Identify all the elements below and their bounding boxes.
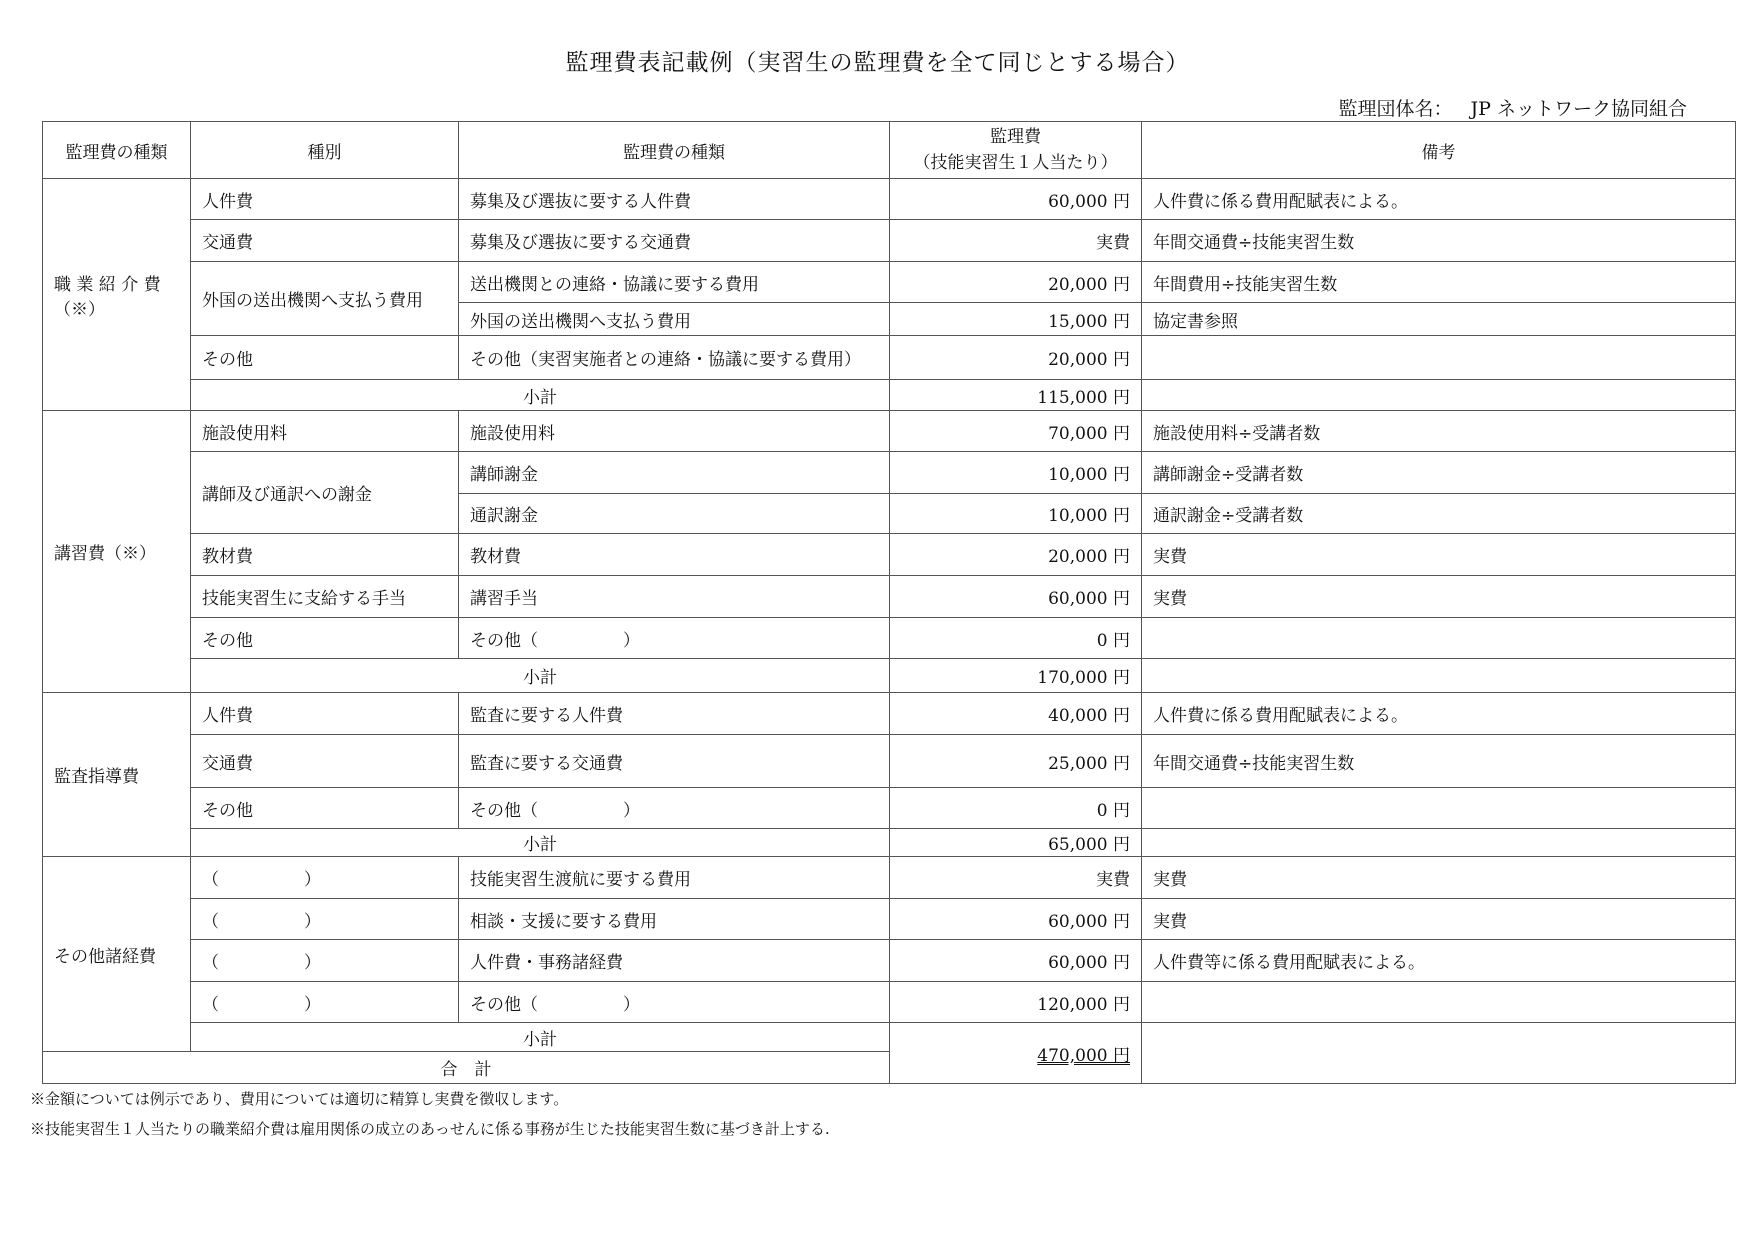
organization-line: 監理団体名：JP ネットワーク協同組合 [1339,94,1725,122]
remarks-cell [1142,618,1736,659]
item-cell: 人件費・事務諸経費 [459,940,890,982]
table-row: 講習費（※） 施設使用料 施設使用料 70,000 円 施設使用料÷受講者数 [43,411,1736,452]
header-amount-line2: （技能実習生１人当たり） [901,150,1130,176]
subtotal-label: 小計 [191,1023,890,1052]
table-header-row: 監理費の種類 種別 監理費の種類 監理費 （技能実習生１人当たり） 備考 [43,122,1736,179]
table-row: （ ） 相談・支援に要する費用 60,000 円 実費 [43,899,1736,940]
category-note-mark: （※） [54,295,179,320]
amount-cell: 実費 [890,220,1142,262]
grand-total-label: 合 計 [43,1052,890,1084]
category-training: 講習費（※） [43,411,191,693]
table-row: その他諸経費 （ ） 技能実習生渡航に要する費用 実費 実費 [43,857,1736,899]
amount-cell: 実費 [890,857,1142,899]
subtotal-amount: 65,000 円 [890,829,1142,857]
amount-cell: 60,000 円 [890,576,1142,618]
amount-cell: 40,000 円 [890,693,1142,735]
remarks-cell: 年間費用÷技能実習生数 [1142,262,1736,303]
subtotal-label: 小計 [191,659,890,693]
item-cell: 募集及び選抜に要する人件費 [459,179,890,220]
remarks-cell: 実費 [1142,534,1736,576]
subtype-cell: その他 [191,336,459,380]
subtype-cell: 人件費 [191,179,459,220]
remarks-cell [1142,380,1736,411]
organization-name: JP ネットワーク協同組合 [1453,94,1725,122]
remarks-cell: 年間交通費÷技能実習生数 [1142,220,1736,262]
amount-cell: 60,000 円 [890,940,1142,982]
item-cell: 講習手当 [459,576,890,618]
remarks-cell: 年間交通費÷技能実習生数 [1142,735,1736,788]
amount-cell: 0 円 [890,618,1142,659]
subtype-cell: 講師及び通訳への謝金 [191,452,459,534]
header-subtype: 種別 [191,122,459,179]
amount-cell: 0 円 [890,788,1142,829]
header-category: 監理費の種類 [43,122,191,179]
remarks-cell: 講師謝金÷受講者数 [1142,452,1736,494]
remarks-cell: 実費 [1142,899,1736,940]
table-row: 交通費 募集及び選抜に要する交通費 実費 年間交通費÷技能実習生数 [43,220,1736,262]
subtype-cell: その他 [191,788,459,829]
item-cell: 送出機関との連絡・協議に要する費用 [459,262,890,303]
table-row: 技能実習生に支給する手当 講習手当 60,000 円 実費 [43,576,1736,618]
subtotal-row: 小計 115,000 円 [43,380,1736,411]
subtype-cell: 人件費 [191,693,459,735]
footnote-2: ※技能実習生１人当たりの職業紹介費は雇用関係の成立のあっせんに係る事務が生じた技… [30,1118,830,1139]
category-job-placement: 職 業 紹 介 費 （※） [43,179,191,411]
subtype-cell: 施設使用料 [191,411,459,452]
amount-cell: 15,000 円 [890,303,1142,336]
subtotal-amount: 170,000 円 [890,659,1142,693]
amount-cell: 25,000 円 [890,735,1142,788]
item-cell: その他（ ） [459,618,890,659]
table-row: 講師及び通訳への謝金 講師謝金 10,000 円 講師謝金÷受講者数 [43,452,1736,494]
grand-total-value: 470,000 円 [1037,1046,1130,1066]
remarks-cell: 協定書参照 [1142,303,1736,336]
remarks-cell: 施設使用料÷受講者数 [1142,411,1736,452]
amount-cell: 70,000 円 [890,411,1142,452]
item-cell: その他（実習実施者との連絡・協議に要する費用） [459,336,890,380]
category-other-expenses: その他諸経費 [43,857,191,1052]
table-row: 交通費 監査に要する交通費 25,000 円 年間交通費÷技能実習生数 [43,735,1736,788]
subtype-cell: 外国の送出機関へ支払う費用 [191,262,459,336]
item-cell: その他（ ） [459,982,890,1023]
table-row: その他 その他（ ） 0 円 [43,788,1736,829]
table-row: （ ） その他（ ） 120,000 円 [43,982,1736,1023]
category-label: 職 業 紹 介 費 [54,270,179,295]
footnote-1: ※金額については例示であり、費用については適切に精算し実費を徴収します。 [30,1088,568,1109]
item-cell: 教材費 [459,534,890,576]
remarks-cell: 通訳謝金÷受講者数 [1142,494,1736,534]
subtotal-row: 小計 65,000 円 [43,829,1736,857]
remarks-cell: 実費 [1142,576,1736,618]
item-cell: 講師謝金 [459,452,890,494]
remarks-cell [1142,788,1736,829]
amount-cell: 60,000 円 [890,179,1142,220]
subtype-cell: 教材費 [191,534,459,576]
amount-cell: 10,000 円 [890,494,1142,534]
header-remarks: 備考 [1142,122,1736,179]
item-cell: 監査に要する交通費 [459,735,890,788]
organization-label: 監理団体名： [1339,98,1453,120]
table-row: その他 その他（ ） 0 円 [43,618,1736,659]
category-label: 監査指導費 [54,762,179,787]
category-label: 講習費（※） [54,539,179,564]
remarks-cell: 人件費に係る費用配賦表による。 [1142,693,1736,735]
remarks-cell [1142,829,1736,857]
item-cell: 施設使用料 [459,411,890,452]
subtotal-label: 小計 [191,829,890,857]
table-row: 教材費 教材費 20,000 円 実費 [43,534,1736,576]
subtotal-row: 小計 470,000 円 [43,1023,1736,1052]
subtype-cell: その他 [191,618,459,659]
subtotal-label: 小計 [191,380,890,411]
subtype-cell: 技能実習生に支給する手当 [191,576,459,618]
amount-cell: 20,000 円 [890,534,1142,576]
table-row: その他 その他（実習実施者との連絡・協議に要する費用） 20,000 円 [43,336,1736,380]
remarks-cell [1142,336,1736,380]
item-cell: 募集及び選抜に要する交通費 [459,220,890,262]
header-amount: 監理費 （技能実習生１人当たり） [890,122,1142,179]
remarks-cell: 人件費等に係る費用配賦表による。 [1142,940,1736,982]
grand-total-amount: 470,000 円 [890,1023,1142,1084]
remarks-cell [1142,982,1736,1023]
amount-cell: 60,000 円 [890,899,1142,940]
subtype-cell: 交通費 [191,220,459,262]
table-row: （ ） 人件費・事務諸経費 60,000 円 人件費等に係る費用配賦表による。 [43,940,1736,982]
document-title: 監理費表記載例（実習生の監理費を全て同じとする場合） [0,44,1755,77]
item-cell: その他（ ） [459,788,890,829]
category-label: その他諸経費 [54,942,179,967]
table-row: 監査指導費 人件費 監査に要する人件費 40,000 円 人件費に係る費用配賦表… [43,693,1736,735]
subtype-cell: （ ） [191,899,459,940]
amount-cell: 20,000 円 [890,336,1142,380]
remarks-cell: 実費 [1142,857,1736,899]
item-cell: 監査に要する人件費 [459,693,890,735]
amount-cell: 10,000 円 [890,452,1142,494]
subtype-cell: 交通費 [191,735,459,788]
item-cell: 技能実習生渡航に要する費用 [459,857,890,899]
subtype-cell: （ ） [191,940,459,982]
table-row: 外国の送出機関へ支払う費用 送出機関との連絡・協議に要する費用 20,000 円… [43,262,1736,303]
item-cell: 通訳謝金 [459,494,890,534]
header-item: 監理費の種類 [459,122,890,179]
header-amount-line1: 監理費 [901,124,1130,150]
subtype-cell: （ ） [191,857,459,899]
item-cell: 相談・支援に要する費用 [459,899,890,940]
amount-cell: 120,000 円 [890,982,1142,1023]
category-audit-guidance: 監査指導費 [43,693,191,857]
subtotal-amount: 115,000 円 [890,380,1142,411]
remarks-cell [1142,1023,1736,1084]
supervision-fee-table: 監理費の種類 種別 監理費の種類 監理費 （技能実習生１人当たり） 備考 職 業… [42,121,1736,1084]
item-cell: 外国の送出機関へ支払う費用 [459,303,890,336]
remarks-cell [1142,659,1736,693]
table-row: 職 業 紹 介 費 （※） 人件費 募集及び選抜に要する人件費 60,000 円… [43,179,1736,220]
remarks-cell: 人件費に係る費用配賦表による。 [1142,179,1736,220]
subtype-cell: （ ） [191,982,459,1023]
subtotal-row: 小計 170,000 円 [43,659,1736,693]
amount-cell: 20,000 円 [890,262,1142,303]
